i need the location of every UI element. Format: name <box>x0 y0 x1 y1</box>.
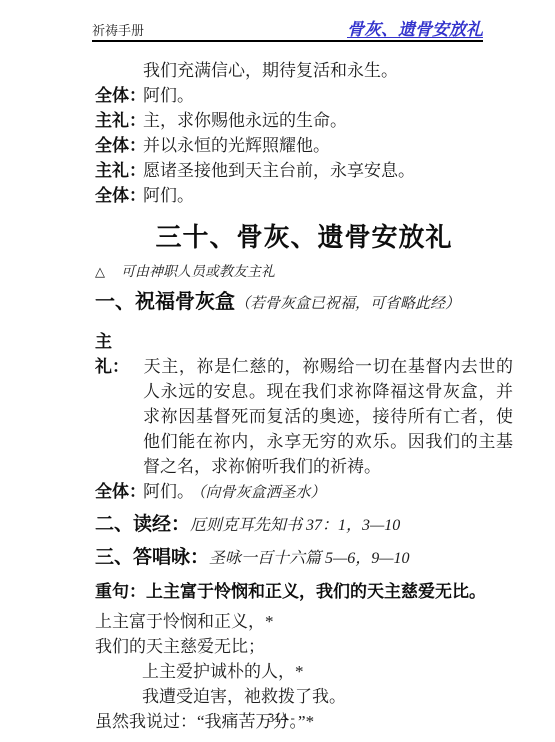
response-rubric: （向骨灰盒洒圣水） <box>198 485 326 501</box>
rubric-note: △可由神职人员或教友主礼 <box>95 262 513 283</box>
page-number: - 314 - <box>0 710 555 726</box>
page-header: 祈祷手册 骨灰、遗骨安放礼 <box>92 18 483 42</box>
header-book-title: 祈祷手册 <box>92 22 144 40</box>
section-2-content: 厄则克耳先知书 37：1，3—10 <box>190 517 400 534</box>
header-chapter-title: 骨灰、遗骨安放礼 <box>347 19 483 40</box>
rubric-note-text: 可由神职人员或教友主礼 <box>121 265 275 280</box>
section-1-aside: （若骨灰盒已祝福，可省略此经） <box>235 296 460 312</box>
section-2-title: 二、读经： <box>95 514 190 535</box>
dialogue-text: 并以永恒的光辉照耀他。 <box>143 136 330 155</box>
section-3-content: 圣咏一百十六篇 5—6，9—10 <box>209 550 409 567</box>
dialogue-text: 阿们。 <box>143 86 194 105</box>
dialogue-text: 愿诸圣接他到天主台前，永享安息。 <box>143 161 415 180</box>
dialogue-line: 全体：阿们。 <box>95 83 513 108</box>
blessing-paragraph: 主礼：天主，祢是仁慈的，祢赐给一切在基督内去世的人永远的安息。现在我们求祢降福这… <box>95 329 513 479</box>
section-2-heading: 二、读经：厄则克耳先知书 37：1，3—10 <box>95 512 513 539</box>
page-content: 我们充满信心，期待复活和永生。 全体：阿们。 主礼：主，求你赐他永远的生命。 全… <box>95 58 513 734</box>
section-3-heading: 三、答唱咏：圣咏一百十六篇 5—6，9—10 <box>95 545 513 572</box>
dialogue-line: 全体：并以永恒的光辉照耀他。 <box>95 133 513 158</box>
speaker-label: 全体： <box>95 479 143 504</box>
speaker-label: 全体： <box>95 183 143 208</box>
dialogue-line: 主礼：愿诸圣接他到天主台前，永享安息。 <box>95 158 513 183</box>
speaker-label: 主礼： <box>95 158 143 183</box>
psalm-line: 上主爱护诚朴的人，* <box>95 659 513 684</box>
section-1-heading: 一、祝福骨灰盒（若骨灰盒已祝福，可省略此经） <box>95 289 513 317</box>
blessing-text: 天主，祢是仁慈的，祢赐给一切在基督内去世的人永远的安息。现在我们求祢降福这骨灰盒… <box>143 357 513 476</box>
psalm-line: 我们的天主慈爱无比； <box>95 634 513 659</box>
speaker-label: 全体： <box>95 83 143 108</box>
speaker-label: 主礼： <box>95 108 143 133</box>
dialogue-line: 主礼：主，求你赐他永远的生命。 <box>95 108 513 133</box>
psalm-line: 我遭受迫害，祂救拨了我。 <box>95 684 513 709</box>
dialogue-text: 主，求你赐他永远的生命。 <box>143 111 347 130</box>
chapter-heading: 三十、骨灰、遗骨安放礼 <box>95 220 513 254</box>
section-3-title: 三、答唱咏： <box>95 547 209 568</box>
speaker-label: 全体： <box>95 133 143 158</box>
dialogue-line: 全体：阿们。 <box>95 183 513 208</box>
dialogue-line: 我们充满信心，期待复活和永生。 <box>95 58 513 83</box>
response-text: 阿们。 <box>143 482 194 501</box>
response-line: 全体：阿们。（向骨灰盒洒圣水） <box>95 479 513 506</box>
speaker-label: 主礼： <box>95 329 143 379</box>
document-page: 祈祷手册 骨灰、遗骨安放礼 我们充满信心，期待复活和永生。 全体：阿们。 主礼：… <box>0 0 555 742</box>
psalm-line: 上主富于怜悯和正义，* <box>95 609 513 634</box>
dialogue-text: 阿们。 <box>143 186 194 205</box>
refrain-line: 重句：上主富于怜悯和正义，我们的天主慈爱无比。 <box>95 579 513 604</box>
section-1-title: 一、祝福骨灰盒 <box>95 291 235 313</box>
triangle-icon: △ <box>95 262 113 282</box>
